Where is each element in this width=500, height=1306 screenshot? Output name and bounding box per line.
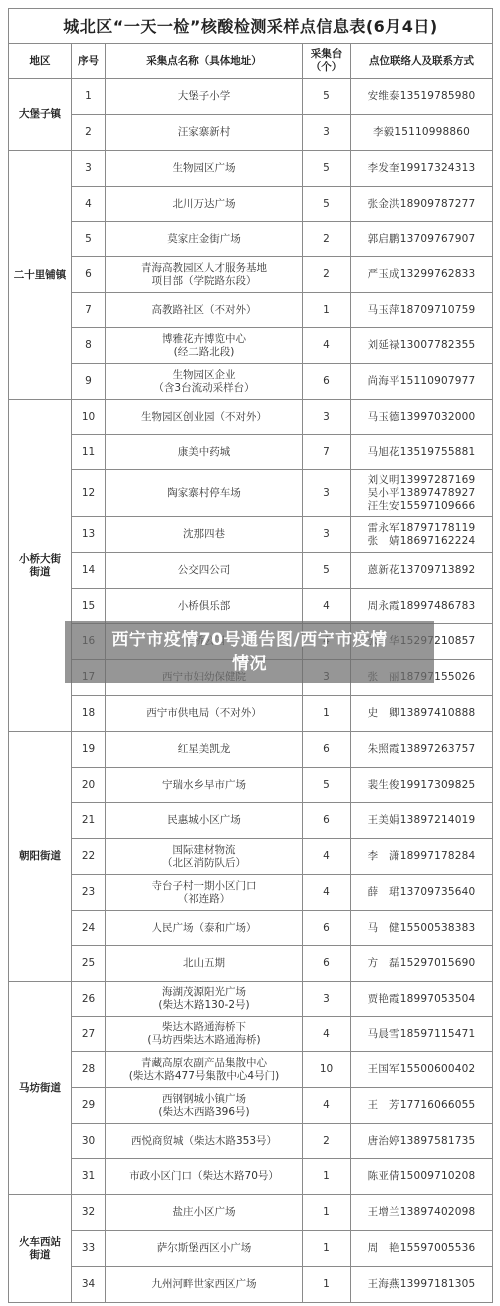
station-count-cell: 6 (303, 911, 351, 946)
table-row: 8博雅花卉博览中心(经二路北段)4刘延禄13007782355 (9, 328, 493, 364)
seq-cell: 14 (72, 553, 106, 589)
site-name-cell: 生物园区企业（含3台流动采样台） (106, 364, 303, 400)
contact-cell: 陈亚倩15009710208 (351, 1159, 493, 1195)
site-name-cell: 海湖茂源阳光广场(柴达木路130-2号) (106, 982, 303, 1017)
table-row: 2汪家寨新村3李毅15110998860 (9, 115, 493, 151)
station-count-cell: 1 (303, 1267, 351, 1303)
seq-cell: 4 (72, 187, 106, 222)
contact-cell: 李毅15110998860 (351, 115, 493, 151)
contact-cell: 李 潇18997178284 (351, 839, 493, 875)
site-name-cell: 国际建材物流（北区消防队后） (106, 839, 303, 875)
site-name-line: 人民广场（泰和广场） (106, 922, 302, 935)
station-count-cell: 3 (303, 115, 351, 151)
seq-cell: 33 (72, 1231, 106, 1267)
header-name: 采集点名称（具体地址） (106, 44, 303, 79)
watermark-caption-overlay: 西宁市疫情70号通告图/西宁市疫情 情况 (65, 621, 434, 683)
table-row: 20宁瑞水乡早市广场5裴生俊19917309825 (9, 768, 493, 803)
seq-cell: 19 (72, 732, 106, 768)
contact-cell: 王国军15500600402 (351, 1052, 493, 1088)
site-name-line: 柴达木路通海桥下 (106, 1021, 302, 1034)
header-count-line1: 采集台 (303, 48, 350, 61)
contact-line: 王海燕13997181305 (351, 1278, 492, 1291)
station-count-cell: 1 (303, 1159, 351, 1195)
contact-line: 李毅15110998860 (351, 126, 492, 139)
site-name-cell: 红星美凯龙 (106, 732, 303, 768)
seq-cell: 15 (72, 589, 106, 624)
seq-cell: 18 (72, 696, 106, 732)
contact-line: 李发奎19917324313 (351, 162, 492, 175)
contact-line: 王美娟13897214019 (351, 814, 492, 827)
site-name-cell: 公交四公司 (106, 553, 303, 589)
document-page: 城北区“一天一检”核酸检测采样点信息表(6月4日) 地区 序号 采集点名称（具体… (0, 0, 500, 1306)
contact-line: 裴生俊19917309825 (351, 779, 492, 792)
contact-line: 薛 珺13709735640 (351, 886, 492, 899)
seq-cell: 24 (72, 911, 106, 946)
station-count-cell: 3 (303, 400, 351, 435)
header-count-line2: （个） (303, 61, 350, 74)
site-name-line: 寺台子村一期小区门口 (106, 880, 302, 893)
contact-cell: 马 健15500538383 (351, 911, 493, 946)
site-name-line: 公交四公司 (106, 564, 302, 577)
site-name-line: （含3台流动采样台） (106, 382, 302, 395)
station-count-cell: 1 (303, 293, 351, 328)
seq-cell: 21 (72, 803, 106, 839)
seq-cell: 9 (72, 364, 106, 400)
site-name-cell: 莫家庄金街广场 (106, 222, 303, 257)
seq-cell: 11 (72, 435, 106, 470)
contact-line: 马 健15500538383 (351, 922, 492, 935)
contact-cell: 李发奎19917324313 (351, 151, 493, 187)
site-name-cell: 大堡子小学 (106, 79, 303, 115)
contact-cell: 马玉德13997032000 (351, 400, 493, 435)
contact-cell: 方 磊15297015690 (351, 946, 493, 982)
contact-line: 安维泰13519785980 (351, 90, 492, 103)
station-count-cell: 5 (303, 79, 351, 115)
contact-cell: 唐治婷13897581735 (351, 1124, 493, 1159)
district-label: 朝阳街道 (9, 850, 71, 863)
site-name-cell: 青藏高原农副产品集散中心(柴达木路477号集散中心4号门) (106, 1052, 303, 1088)
seq-cell: 10 (72, 400, 106, 435)
site-name-cell: 康美中药城 (106, 435, 303, 470)
table-row: 马坊街道26海湖茂源阳光广场(柴达木路130-2号)3贾艳霞1899705350… (9, 982, 493, 1017)
seq-cell: 23 (72, 875, 106, 911)
site-name-line: 生物园区广场 (106, 162, 302, 175)
seq-cell: 28 (72, 1052, 106, 1088)
contact-cell: 张金洪18909787277 (351, 187, 493, 222)
table-row: 4北川万达广场5张金洪18909787277 (9, 187, 493, 222)
watermark-line2: 情况 (80, 652, 420, 676)
site-name-cell: 沈那四巷 (106, 517, 303, 553)
table-row: 小桥大街街道10生物园区创业园（不对外）3马玉德13997032000 (9, 400, 493, 435)
station-count-cell: 3 (303, 982, 351, 1017)
contact-line: 蒽新花13709713892 (351, 564, 492, 577)
contact-cell: 史 卿13897410888 (351, 696, 493, 732)
station-count-cell: 4 (303, 875, 351, 911)
contact-cell: 刘义明13997287169吴小平13897478927汪生安155971096… (351, 470, 493, 517)
site-name-line: 西钢钢城小镇广场 (106, 1093, 302, 1106)
seq-cell: 1 (72, 79, 106, 115)
site-name-line: 宁瑞水乡早市广场 (106, 779, 302, 792)
contact-line: 严玉成13299762833 (351, 268, 492, 281)
contact-cell: 郭启鹏13709767907 (351, 222, 493, 257)
site-name-line: 北山五期 (106, 957, 302, 970)
district-label: 小桥大街 (9, 553, 71, 566)
district-cell: 火车西站街道 (9, 1195, 72, 1303)
contact-line: 唐治婷13897581735 (351, 1135, 492, 1148)
table-body: 大堡子镇1大堡子小学5安维泰135197859802汪家寨新村3李毅151109… (9, 79, 493, 1303)
seq-cell: 25 (72, 946, 106, 982)
site-name-cell: 人民广场（泰和广场） (106, 911, 303, 946)
station-count-cell: 4 (303, 328, 351, 364)
site-name-cell: 市政小区门口（柴达木路70号） (106, 1159, 303, 1195)
seq-cell: 29 (72, 1088, 106, 1124)
seq-cell: 30 (72, 1124, 106, 1159)
table-row: 二十里铺镇3生物园区广场5李发奎19917324313 (9, 151, 493, 187)
table-row: 13沈那四巷3雷永军18797178119张 婧18697162224 (9, 517, 493, 553)
contact-line: 朱照霞13897263757 (351, 743, 492, 756)
seq-cell: 31 (72, 1159, 106, 1195)
station-count-cell: 4 (303, 589, 351, 624)
header-count: 采集台 （个） (303, 44, 351, 79)
site-name-line: (柴达木西路396号) (106, 1106, 302, 1119)
table-row: 21民惠城小区广场6王美娟13897214019 (9, 803, 493, 839)
contact-line: 陈亚倩15009710208 (351, 1170, 492, 1183)
contact-cell: 王海燕13997181305 (351, 1267, 493, 1303)
station-count-cell: 5 (303, 187, 351, 222)
site-name-line: 小桥俱乐部 (106, 600, 302, 613)
site-name-line: 生物园区创业园（不对外） (106, 411, 302, 424)
site-name-cell: 西宁市供电局（不对外） (106, 696, 303, 732)
station-count-cell: 6 (303, 803, 351, 839)
table-row: 11康美中药城7马旭花13519755881 (9, 435, 493, 470)
contact-line: 雷永军18797178119 (351, 522, 492, 535)
seq-cell: 20 (72, 768, 106, 803)
seq-cell: 13 (72, 517, 106, 553)
table-row: 15小桥俱乐部4周永霞18997486783 (9, 589, 493, 624)
site-name-cell: 生物园区创业园（不对外） (106, 400, 303, 435)
table-row: 23寺台子村一期小区门口（祁连路）4薛 珺13709735640 (9, 875, 493, 911)
site-name-cell: 北山五期 (106, 946, 303, 982)
seq-cell: 22 (72, 839, 106, 875)
contact-cell: 马玉萍18709710759 (351, 293, 493, 328)
site-name-line: 红星美凯龙 (106, 743, 302, 756)
site-name-line: 西悦商贸城（柴达木路353号） (106, 1135, 302, 1148)
table-row: 大堡子镇1大堡子小学5安维泰13519785980 (9, 79, 493, 115)
site-name-line: 生物园区企业 (106, 369, 302, 382)
contact-line: 周 艳15597005536 (351, 1242, 492, 1255)
district-label: 二十里铺镇 (9, 269, 71, 282)
station-count-cell: 1 (303, 696, 351, 732)
site-name-cell: 博雅花卉博览中心(经二路北段) (106, 328, 303, 364)
seq-cell: 5 (72, 222, 106, 257)
contact-cell: 王美娟13897214019 (351, 803, 493, 839)
table-row: 朝阳街道19红星美凯龙6朱照霞13897263757 (9, 732, 493, 768)
contact-cell: 朱照霞13897263757 (351, 732, 493, 768)
site-name-line: 莫家庄金街广场 (106, 233, 302, 246)
station-count-cell: 2 (303, 257, 351, 293)
contact-line: 王国军15500600402 (351, 1063, 492, 1076)
site-name-cell: 萨尔斯堡西区小广场 (106, 1231, 303, 1267)
district-cell: 马坊街道 (9, 982, 72, 1195)
district-cell: 二十里铺镇 (9, 151, 72, 400)
site-name-line: 青海高教园区人才服务基地 (106, 262, 302, 275)
table-row: 25北山五期6方 磊15297015690 (9, 946, 493, 982)
contact-line: 史 卿13897410888 (351, 707, 492, 720)
site-name-cell: 寺台子村一期小区门口（祁连路） (106, 875, 303, 911)
site-name-line: 大堡子小学 (106, 90, 302, 103)
district-label: 马坊街道 (9, 1082, 71, 1095)
site-name-cell: 西钢钢城小镇广场(柴达木西路396号) (106, 1088, 303, 1124)
district-cell: 小桥大街街道 (9, 400, 72, 732)
contact-line: 刘延禄13007782355 (351, 339, 492, 352)
site-name-line: 北川万达广场 (106, 198, 302, 211)
contact-cell: 刘延禄13007782355 (351, 328, 493, 364)
table-row: 9生物园区企业（含3台流动采样台）6尚海平15110907977 (9, 364, 493, 400)
site-name-line: 民惠城小区广场 (106, 814, 302, 827)
station-count-cell: 5 (303, 151, 351, 187)
site-name-cell: 小桥俱乐部 (106, 589, 303, 624)
contact-line: 贾艳霞18997053504 (351, 993, 492, 1006)
station-count-cell: 2 (303, 222, 351, 257)
station-count-cell: 4 (303, 839, 351, 875)
station-count-cell: 6 (303, 946, 351, 982)
table-row: 12陶家寨村停车场3刘义明13997287169吴小平13897478927汪生… (9, 470, 493, 517)
site-name-line: 盐庄小区广场 (106, 1206, 302, 1219)
site-name-line: 汪家寨新村 (106, 126, 302, 139)
site-name-cell: 北川万达广场 (106, 187, 303, 222)
table-row: 24人民广场（泰和广场）6马 健15500538383 (9, 911, 493, 946)
contact-cell: 严玉成13299762833 (351, 257, 493, 293)
contact-cell: 安维泰13519785980 (351, 79, 493, 115)
seq-cell: 32 (72, 1195, 106, 1231)
contact-line: 李 潇18997178284 (351, 850, 492, 863)
contact-cell: 周永霞18997486783 (351, 589, 493, 624)
seq-cell: 34 (72, 1267, 106, 1303)
contact-line: 尚海平15110907977 (351, 375, 492, 388)
station-count-cell: 10 (303, 1052, 351, 1088)
table-row: 27柴达木路通海桥下(马坊西柴达木路通海桥)4马晨雪18597115471 (9, 1017, 493, 1052)
district-label: 街道 (9, 566, 71, 579)
seq-cell: 26 (72, 982, 106, 1017)
contact-line: 方 磊15297015690 (351, 957, 492, 970)
contact-cell: 薛 珺13709735640 (351, 875, 493, 911)
contact-cell: 蒽新花13709713892 (351, 553, 493, 589)
site-name-cell: 柴达木路通海桥下(马坊西柴达木路通海桥) (106, 1017, 303, 1052)
contact-cell: 王增兰13897402098 (351, 1195, 493, 1231)
site-name-line: （祁连路） (106, 893, 302, 906)
station-count-cell: 6 (303, 732, 351, 768)
seq-cell: 8 (72, 328, 106, 364)
site-name-cell: 青海高教园区人才服务基地项目部（学院路东段） (106, 257, 303, 293)
contact-line: 张金洪18909787277 (351, 198, 492, 211)
site-name-line: (经二路北段) (106, 346, 302, 359)
table-row: 14公交四公司5蒽新花13709713892 (9, 553, 493, 589)
site-name-line: 高教路社区（不对外） (106, 304, 302, 317)
contact-line: 郭启鹏13709767907 (351, 233, 492, 246)
contact-cell: 马晨雪18597115471 (351, 1017, 493, 1052)
seq-cell: 12 (72, 470, 106, 517)
seq-cell: 7 (72, 293, 106, 328)
contact-cell: 周 艳15597005536 (351, 1231, 493, 1267)
table-row: 18西宁市供电局（不对外）1史 卿13897410888 (9, 696, 493, 732)
site-name-cell: 汪家寨新村 (106, 115, 303, 151)
site-name-line: (柴达木路130-2号) (106, 999, 302, 1012)
contact-line: 马玉萍18709710759 (351, 304, 492, 317)
seq-cell: 6 (72, 257, 106, 293)
site-name-line: 项目部（学院路东段） (106, 275, 302, 288)
table-row: 22国际建材物流（北区消防队后）4李 潇18997178284 (9, 839, 493, 875)
site-name-cell: 九州河畔世家西区广场 (106, 1267, 303, 1303)
table-row: 5莫家庄金街广场2郭启鹏13709767907 (9, 222, 493, 257)
table-row: 33萨尔斯堡西区小广场1周 艳15597005536 (9, 1231, 493, 1267)
site-name-line: 国际建材物流 (106, 844, 302, 857)
site-name-cell: 宁瑞水乡早市广场 (106, 768, 303, 803)
contact-line: 刘义明13997287169 (351, 474, 492, 487)
district-label: 火车西站 (9, 1236, 71, 1249)
contact-cell: 裴生俊19917309825 (351, 768, 493, 803)
watermark-caption: 西宁市疫情70号通告图/西宁市疫情 情况 (80, 628, 420, 676)
contact-line: 王增兰13897402098 (351, 1206, 492, 1219)
station-count-cell: 7 (303, 435, 351, 470)
site-name-line: 海湖茂源阳光广场 (106, 986, 302, 999)
table-row: 31市政小区门口（柴达木路70号）1陈亚倩15009710208 (9, 1159, 493, 1195)
station-count-cell: 1 (303, 1231, 351, 1267)
district-label: 街道 (9, 1249, 71, 1262)
site-name-cell: 高教路社区（不对外） (106, 293, 303, 328)
site-name-line: 西宁市供电局（不对外） (106, 707, 302, 720)
watermark-line1: 西宁市疫情70号通告图/西宁市疫情 (80, 628, 420, 652)
contact-line: 马旭花13519755881 (351, 446, 492, 459)
table-row: 29西钢钢城小镇广场(柴达木西路396号)4王 芳17716066055 (9, 1088, 493, 1124)
site-name-cell: 民惠城小区广场 (106, 803, 303, 839)
contact-line: 吴小平13897478927 (351, 487, 492, 500)
table-row: 7高教路社区（不对外）1马玉萍18709710759 (9, 293, 493, 328)
station-count-cell: 3 (303, 470, 351, 517)
site-name-line: (马坊西柴达木路通海桥) (106, 1034, 302, 1047)
seq-cell: 3 (72, 151, 106, 187)
site-name-line: 九州河畔世家西区广场 (106, 1278, 302, 1291)
site-name-line: 康美中药城 (106, 446, 302, 459)
table-row: 28青藏高原农副产品集散中心(柴达木路477号集散中心4号门)10王国军1550… (9, 1052, 493, 1088)
table-row: 34九州河畔世家西区广场1王海燕13997181305 (9, 1267, 493, 1303)
district-cell: 朝阳街道 (9, 732, 72, 982)
site-name-line: 萨尔斯堡西区小广场 (106, 1242, 302, 1255)
contact-line: 马玉德13997032000 (351, 411, 492, 424)
contact-line: 马晨雪18597115471 (351, 1028, 492, 1041)
station-count-cell: 4 (303, 1017, 351, 1052)
table-row: 火车西站街道32盐庄小区广场1王增兰13897402098 (9, 1195, 493, 1231)
contact-cell: 尚海平15110907977 (351, 364, 493, 400)
seq-cell: 27 (72, 1017, 106, 1052)
site-name-line: 青藏高原农副产品集散中心 (106, 1057, 302, 1070)
station-count-cell: 3 (303, 517, 351, 553)
contact-cell: 马旭花13519755881 (351, 435, 493, 470)
seq-cell: 2 (72, 115, 106, 151)
header-district: 地区 (9, 44, 72, 79)
contact-cell: 贾艳霞18997053504 (351, 982, 493, 1017)
contact-cell: 雷永军18797178119张 婧18697162224 (351, 517, 493, 553)
site-name-line: 市政小区门口（柴达木路70号） (106, 1170, 302, 1183)
site-name-line: 陶家寨村停车场 (106, 487, 302, 500)
header-seq: 序号 (72, 44, 106, 79)
table-row: 6青海高教园区人才服务基地项目部（学院路东段）2严玉成13299762833 (9, 257, 493, 293)
station-count-cell: 1 (303, 1195, 351, 1231)
contact-line: 张 婧18697162224 (351, 535, 492, 548)
district-label: 大堡子镇 (9, 108, 71, 121)
station-count-cell: 5 (303, 553, 351, 589)
site-name-line: （北区消防队后） (106, 857, 302, 870)
site-name-cell: 西悦商贸城（柴达木路353号） (106, 1124, 303, 1159)
site-name-cell: 生物园区广场 (106, 151, 303, 187)
district-cell: 大堡子镇 (9, 79, 72, 151)
table-row: 30西悦商贸城（柴达木路353号）2唐治婷13897581735 (9, 1124, 493, 1159)
table-title: 城北区“一天一检”核酸检测采样点信息表(6月4日) (9, 9, 493, 44)
station-count-cell: 4 (303, 1088, 351, 1124)
site-name-cell: 盐庄小区广场 (106, 1195, 303, 1231)
contact-cell: 王 芳17716066055 (351, 1088, 493, 1124)
station-count-cell: 5 (303, 768, 351, 803)
site-name-cell: 陶家寨村停车场 (106, 470, 303, 517)
site-name-line: (柴达木路477号集散中心4号门) (106, 1070, 302, 1083)
station-count-cell: 6 (303, 364, 351, 400)
contact-line: 周永霞18997486783 (351, 600, 492, 613)
station-count-cell: 2 (303, 1124, 351, 1159)
contact-line: 汪生安15597109666 (351, 500, 492, 513)
contact-line: 王 芳17716066055 (351, 1099, 492, 1112)
site-name-line: 沈那四巷 (106, 528, 302, 541)
header-contact: 点位联络人及联系方式 (351, 44, 493, 79)
site-name-line: 博雅花卉博览中心 (106, 333, 302, 346)
